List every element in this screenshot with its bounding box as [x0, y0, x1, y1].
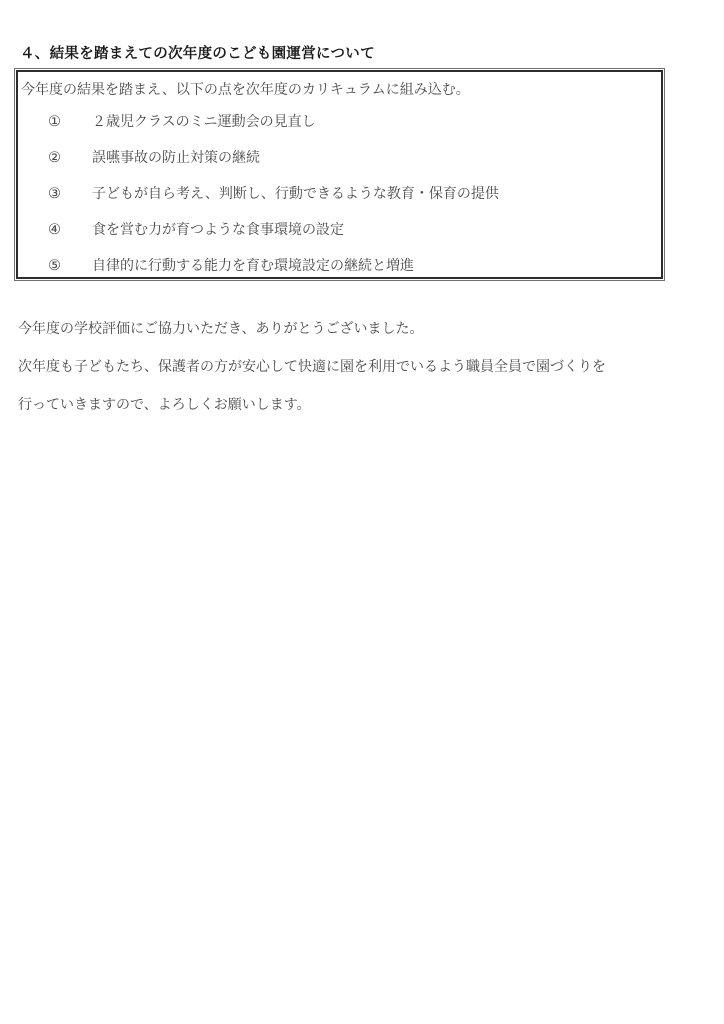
item-1-text: ２歳児クラスのミニ運動会の見直し	[92, 113, 316, 129]
summary-item-2: ②誤嚥事故の防止対策の継続	[21, 148, 657, 167]
item-1-marker: ①	[48, 113, 92, 131]
closing-paragraph-3: 行っていきますので、よろしくお願いします。	[18, 395, 698, 413]
item-5-text: 自律的に行動する能力を育む環境設定の継続と増進	[92, 257, 414, 273]
summary-item-1: ①２歳児クラスのミニ運動会の見直し	[21, 112, 657, 131]
item-4-text: 食を営む力が育つような食事環境の設定	[92, 221, 344, 237]
item-2-marker: ②	[48, 149, 92, 167]
section-heading: ４、結果を踏まえての次年度のこども園運営について	[20, 42, 375, 63]
summary-item-4: ④食を営む力が育つような食事環境の設定	[21, 220, 657, 239]
item-3-marker: ③	[48, 185, 92, 203]
closing-section: 今年度の学校評価にご協力いただき、ありがとうございました。 次年度も子どもたち、…	[18, 319, 698, 433]
item-4-marker: ④	[48, 221, 92, 239]
document-page: ４、結果を踏まえての次年度のこども園運営について 今年度の結果を踏まえ、以下の点…	[0, 0, 724, 1024]
item-3-text: 子どもが自ら考え、判断し、行動できるような教育・保育の提供	[92, 185, 499, 201]
summary-item-3: ③子どもが自ら考え、判断し、行動できるような教育・保育の提供	[21, 184, 657, 203]
summary-item-5: ⑤自律的に行動する能力を育む環境設定の継続と増進	[21, 256, 657, 275]
summary-intro: 今年度の結果を踏まえ、以下の点を次年度のカリキュラムに組み込む。	[21, 80, 657, 98]
closing-paragraph-1: 今年度の学校評価にご協力いただき、ありがとうございました。	[18, 319, 698, 337]
summary-box: 今年度の結果を踏まえ、以下の点を次年度のカリキュラムに組み込む。 ①２歳児クラス…	[16, 70, 663, 279]
item-2-text: 誤嚥事故の防止対策の継続	[92, 149, 260, 165]
item-5-marker: ⑤	[48, 257, 92, 275]
closing-paragraph-2: 次年度も子どもたち、保護者の方が安心して快適に園を利用でいるよう職員全員で園づく…	[18, 357, 698, 375]
